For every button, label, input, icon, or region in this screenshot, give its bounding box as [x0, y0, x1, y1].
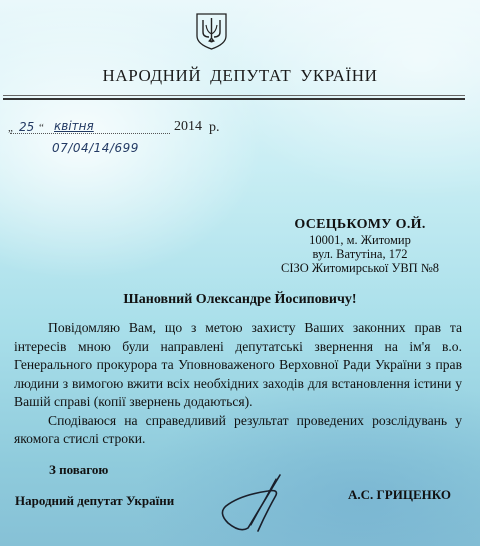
date-line: „ 25 “ квітня 2014 р. [6, 120, 236, 138]
recipient-address-line: 10001, м. Житомир [250, 233, 470, 247]
signer-position: Народний депутат України [15, 493, 174, 509]
date-close-quote: “ [39, 122, 44, 134]
letter-body: Повідомляю Вам, що з метою захисту Ваших… [14, 319, 462, 449]
registration-number: 07/04/14/699 [52, 141, 139, 155]
signer-name: А.С. ГРИЦЕНКО [348, 487, 451, 503]
recipient-address-line: вул. Ватутіна, 172 [250, 247, 470, 261]
date-open-quote: „ [8, 122, 13, 134]
date-day: 25 [19, 120, 34, 134]
date-year: 2014 [174, 119, 202, 135]
body-paragraph: Повідомляю Вам, що з метою захисту Ваших… [14, 319, 462, 412]
handwritten-signature-icon [218, 473, 300, 535]
closing-regards: З повагою [49, 462, 108, 478]
recipient-address-line: СІЗО Житомирської УВП №8 [250, 261, 470, 275]
salutation: Шановний Олександре Йосиповичу! [0, 292, 480, 308]
date-month: квітня [54, 119, 94, 133]
date-year-suffix: р. [209, 120, 220, 136]
recipient-name: ОСЕЦЬКОМУ О.Й. [250, 218, 470, 232]
recipient-block: ОСЕЦЬКОМУ О.Й. 10001, м. Житомир вул. Ва… [250, 218, 470, 275]
letterhead-rule-thin [3, 95, 465, 96]
letterhead-title: НАРОДНИЙ ДЕПУТАТ УКРАЇНИ [0, 66, 480, 86]
body-paragraph: Сподіваюся на справедливий результат про… [14, 412, 462, 449]
trident-coat-of-arms-icon [195, 12, 228, 50]
letterhead-rule-thick [3, 98, 465, 100]
